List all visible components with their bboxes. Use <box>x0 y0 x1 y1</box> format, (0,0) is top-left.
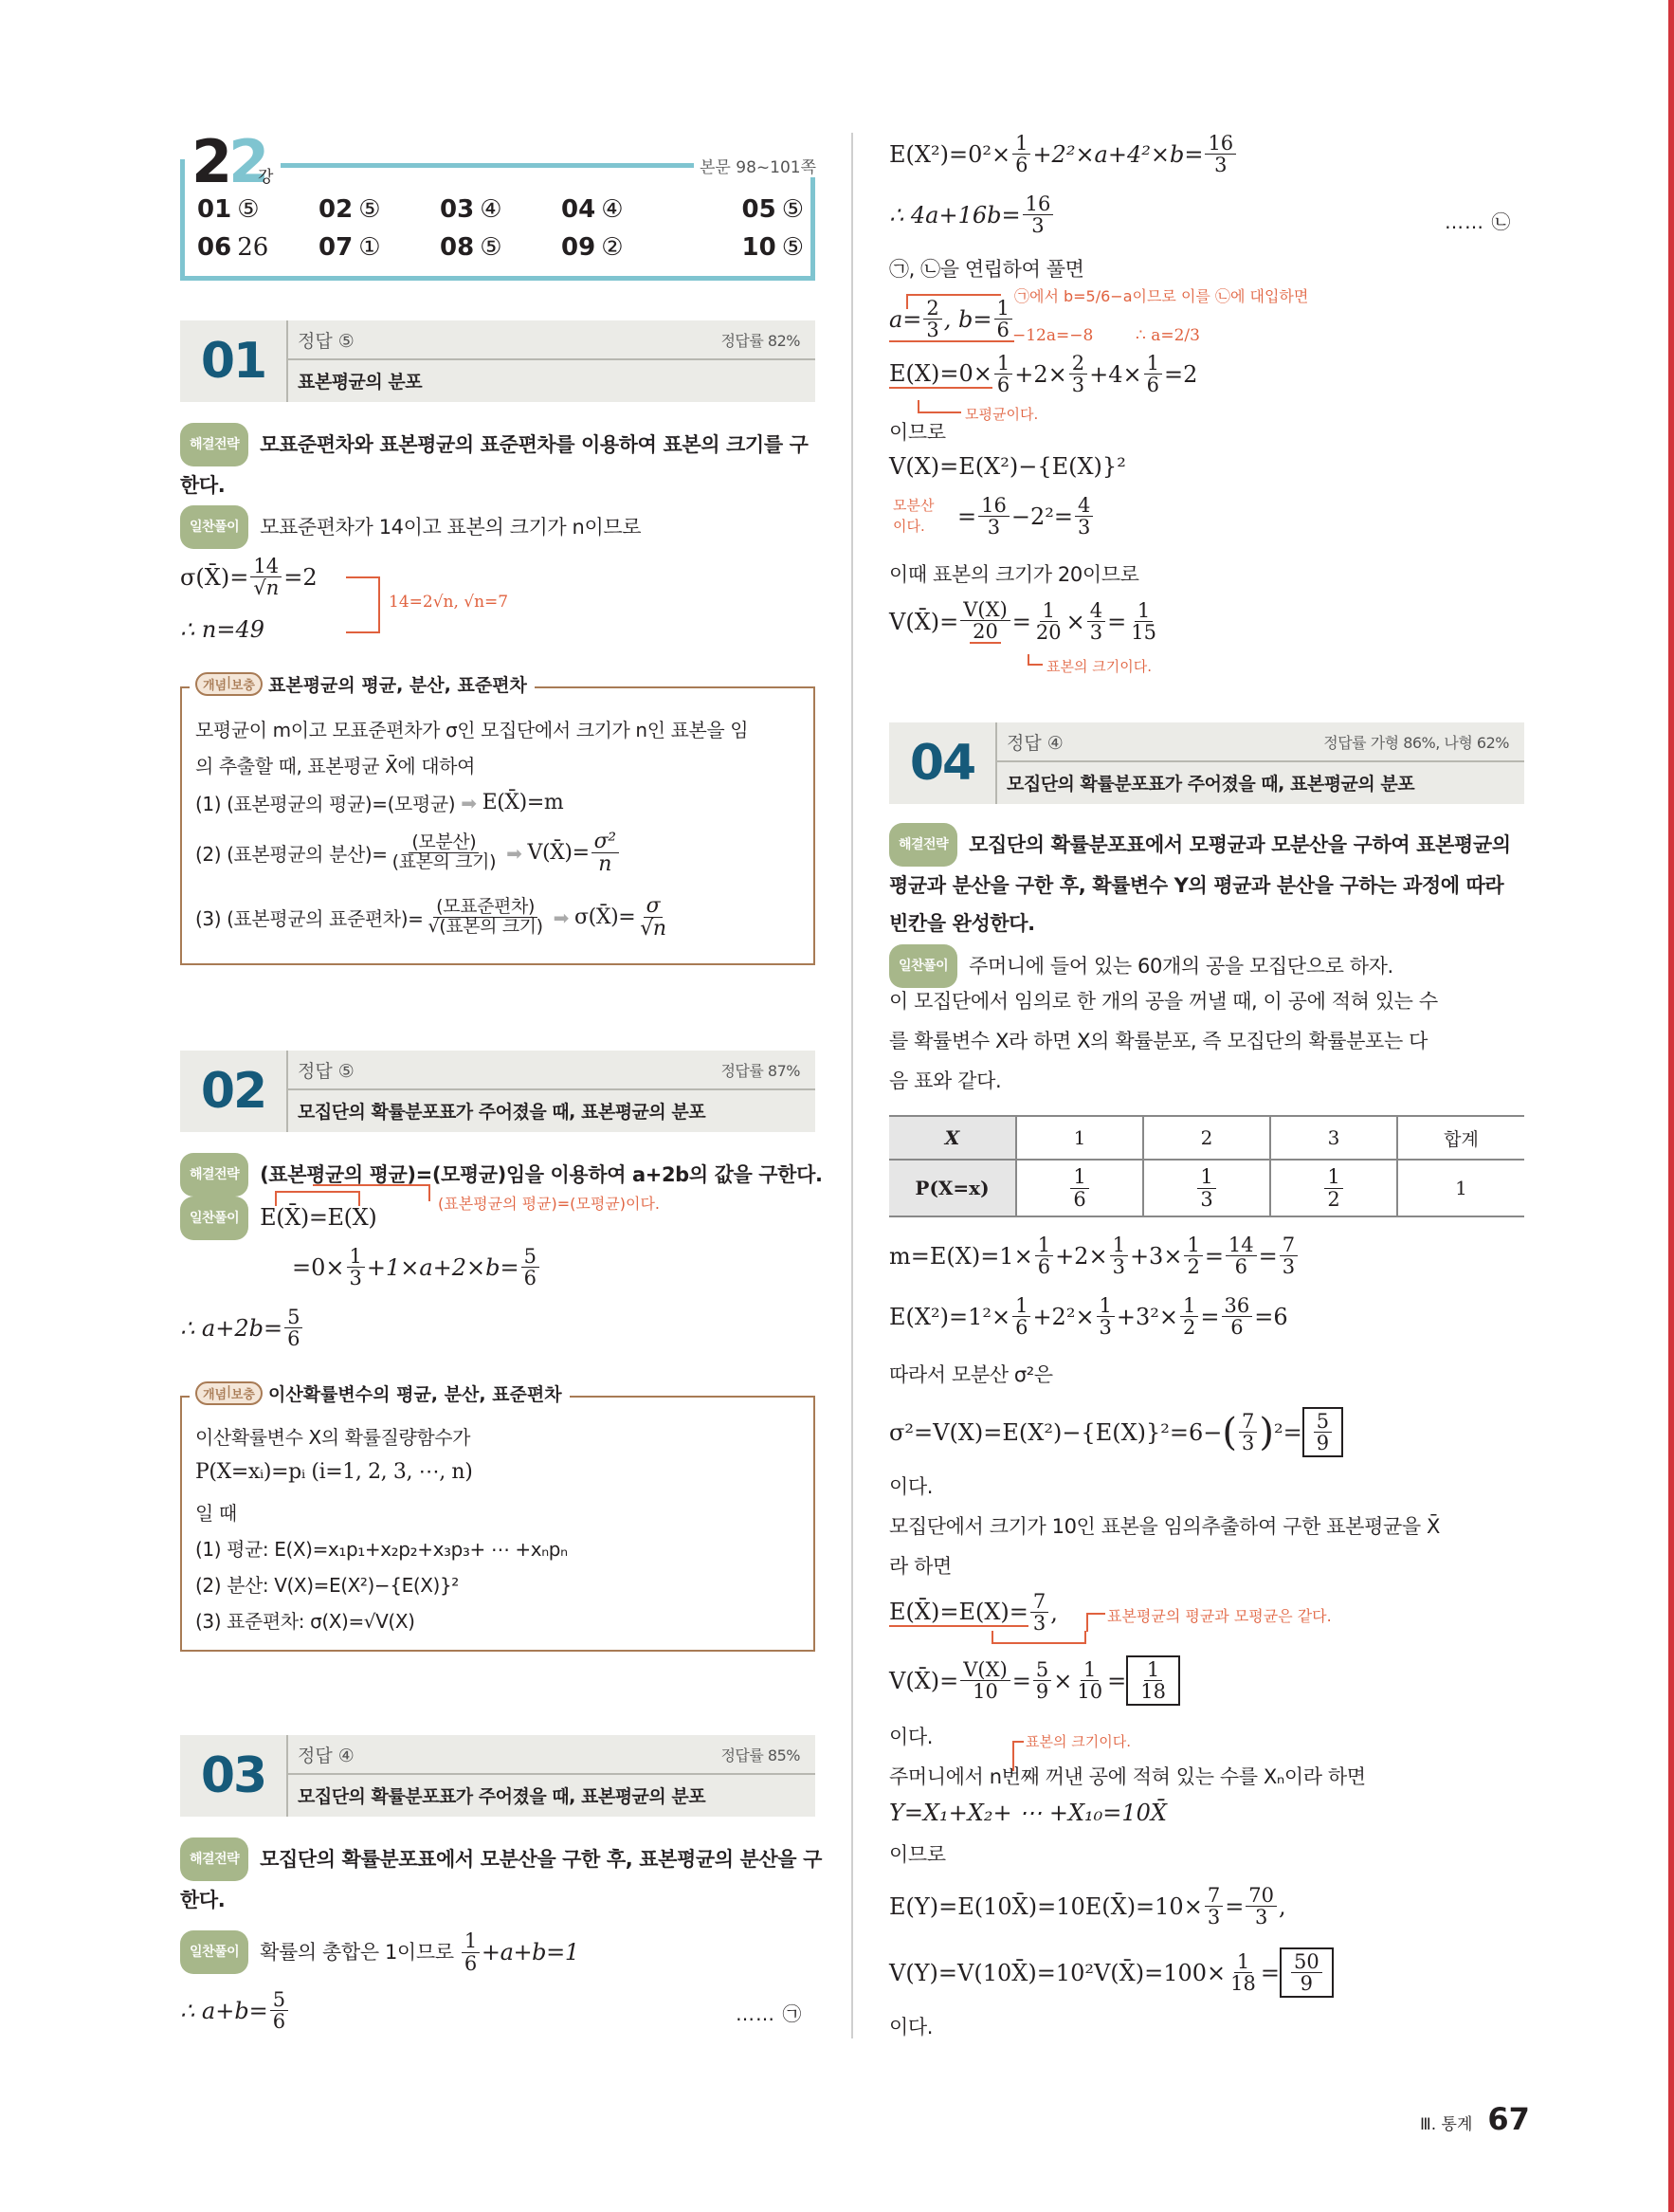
table-cell: 1 <box>1397 1160 1524 1216</box>
problem-number: 01 <box>180 320 288 402</box>
equation: E(X)=0×16+2×23+4×16=2 <box>889 353 1197 395</box>
chapter-number: 22 <box>191 133 265 192</box>
problem-topic: 모집단의 확률분포표가 주어졌을 때, 표본평균의 분포 <box>288 1775 815 1815</box>
strategy-badge: 해결전략 <box>889 823 957 867</box>
table-row-label: P(X=x) <box>889 1160 1016 1216</box>
problem-03-header: 03 정답 ④정답률 85% 모집단의 확률분포표가 주어졌을 때, 표본평균의… <box>180 1735 815 1817</box>
probability-distribution-table: X 1 2 3 합계 P(X=x) 16 13 12 1 <box>889 1115 1524 1217</box>
table-header-cell: 2 <box>1143 1116 1270 1160</box>
answer-item: 09② <box>561 233 682 262</box>
annotation-bracket <box>992 1631 1086 1644</box>
answer-item: 07① <box>318 233 440 262</box>
chapter-page-range: 본문 98~101쪽 <box>696 154 820 177</box>
answer-item: 08⑤ <box>440 233 561 262</box>
equation: a=23, b=16 <box>889 298 1014 342</box>
solution-text: 일찬풀이확률의 총합은 1이므로 16+a+b=1 <box>180 1930 579 1974</box>
equation: ∴ a+2b=56 <box>180 1307 304 1349</box>
solution-text: 모집단에서 크기가 10인 표본을 임의추출하여 구한 표본평균을 X̄ <box>889 1508 1440 1545</box>
table-cell: 12 <box>1270 1160 1397 1216</box>
solution-text: 이때 표본의 크기가 20이므로 <box>889 556 1139 594</box>
answer-blank-box: 509 <box>1280 1947 1334 1998</box>
strategy-badge: 해결전략 <box>180 1153 248 1197</box>
strategy-badge: 해결전략 <box>180 1837 248 1881</box>
solution-text: 따라서 모분산 σ²은 <box>889 1356 1053 1394</box>
answer-key-grid: 01⑤ 02⑤ 03④ 04④ 05⑤ 0626 07① 08⑤ 09② 10⑤ <box>197 195 804 262</box>
strategy-text: 해결전략모표준편차와 표본평균의 표준편차를 이용하여 표본의 크기를 구한다. <box>180 423 825 504</box>
annotation-note: 표본평균의 평균과 모평균은 같다. <box>1107 1604 1332 1626</box>
problem-topic: 모집단의 확률분포표가 주어졌을 때, 표본평균의 분포 <box>288 1090 815 1130</box>
answer-item: 0626 <box>197 233 318 262</box>
concept-line: (3) (표본평균의 표준편차)=(모표준편차)√(표본의 크기)➡σ(X̄)=… <box>195 895 671 940</box>
answer-label: 정답 ⑤ <box>298 1057 355 1083</box>
equation-marker: …… ㉡ <box>1445 207 1511 234</box>
chapter-box-top-line <box>281 163 694 168</box>
annotation-bracket <box>313 1184 430 1201</box>
equation: σ²=V(X)=E(X²)−{E(X)}²=6−(73)²=59 <box>889 1407 1343 1457</box>
annotation-bracket <box>1028 654 1043 666</box>
annotation-note: 모평균이다. <box>965 404 1038 424</box>
page-number: 67 <box>1487 2101 1530 2137</box>
correct-rate: 정답률 가형 86%, 나형 62% <box>1323 731 1509 753</box>
problem-02-header: 02 정답 ⑤정답률 87% 모집단의 확률분포표가 주어졌을 때, 표본평균의… <box>180 1051 815 1132</box>
correct-rate: 정답률 87% <box>720 1059 800 1081</box>
concept-line: (2) (표본평균의 분산)=(모분산)(표본의 크기)➡V(X̄)=σ²n <box>195 831 621 875</box>
equation: =163−2²=43 <box>957 495 1095 538</box>
answer-item: 02⑤ <box>318 195 440 224</box>
solution-text: 이므로 <box>889 413 946 451</box>
equation: ∴ a+b=56 <box>180 1989 290 2032</box>
solution-text: 이다. <box>889 1468 933 1506</box>
problem-topic: 표본평균의 분포 <box>288 360 815 400</box>
solution-text: 이다. <box>889 2008 933 2046</box>
solution-text: 를 확률변수 X라 하면 X의 확률분포, 즉 모집단의 확률분포는 다 <box>889 1022 1428 1060</box>
concept-line: 의 추출할 때, 표본평균 X̄에 대하여 <box>195 751 475 778</box>
page-edge-bar <box>1668 0 1674 2212</box>
equation: V(X̄)=V(X)20=120×43=115 <box>889 599 1161 644</box>
annotation-note: 표본의 크기이다. <box>1046 656 1152 676</box>
concept-badge: 개념|보충 <box>195 672 263 696</box>
strategy-badge: 해결전략 <box>180 423 248 466</box>
equation: =0×13+1×a+2×b=56 <box>292 1246 541 1289</box>
annotation-note: 표본의 크기이다. <box>1026 1731 1131 1751</box>
column-divider <box>851 133 853 2038</box>
equation: E(X̄)=E(X)=73, <box>889 1591 1058 1634</box>
equation: E(X²)=0²×16+2²×a+4²×b=163 <box>889 133 1238 175</box>
equation: E(X²)=1²×16+2²×13+3²×12=366=6 <box>889 1295 1288 1338</box>
concept-line: 일 때 <box>195 1498 237 1526</box>
concept-line: (3) 표준편차: σ(X)=√V(X) <box>195 1606 415 1634</box>
annotation-bracket <box>918 400 961 413</box>
strategy-text: 해결전략모집단의 확률분포표에서 모분산을 구한 후, 표본평균의 분산을 구한… <box>180 1837 825 1919</box>
table-header-cell: 3 <box>1270 1116 1397 1160</box>
section-label: Ⅲ. 통계 <box>1420 2111 1472 2134</box>
answer-item: 03④ <box>440 195 561 224</box>
table-cell: 13 <box>1143 1160 1270 1216</box>
concept-line: 이산확률변수 X의 확률질량함수가 <box>195 1422 470 1450</box>
concept-line: (2) 분산: V(X)=E(X²)−{E(X)}² <box>195 1570 459 1598</box>
problem-number: 03 <box>180 1735 288 1817</box>
problem-01-header: 01 정답 ⑤정답률 82% 표본평균의 분포 <box>180 320 815 402</box>
equation: V(Y)=V(10X̄)=10²V(X̄)=100×118=509 <box>889 1947 1334 1998</box>
problem-number: 02 <box>180 1051 288 1132</box>
annotation-note: (표본평균의 평균)=(모평균)이다. <box>438 1192 660 1214</box>
problem-number: 04 <box>889 722 997 804</box>
equation: ∴ 4a+16b=163 <box>889 193 1055 236</box>
correct-rate: 정답률 82% <box>720 329 800 351</box>
solution-text: 이다. <box>889 1718 933 1756</box>
solution-text: ㉠, ㉡을 연립하여 풀면 <box>889 250 1084 288</box>
solution-text: 일찬풀이모표준편차가 14이고 표본의 크기가 n이므로 <box>180 505 641 549</box>
annotation-note: 14=2√n, √n=7 <box>389 593 508 612</box>
concept-line: (1) 평균: E(X)=x₁p₁+x₂p₂+x₃p₃+ ⋯ +xₙpₙ <box>195 1534 568 1562</box>
strategy-text: 해결전략모집단의 확률분포표에서 모평균과 모분산을 구하여 표본평균의 평균과… <box>889 823 1526 942</box>
answer-label: 정답 ⑤ <box>298 327 355 353</box>
equation: Y=X₁+X₂+ ⋯ +X₁₀=10X̄ <box>889 1800 1167 1826</box>
solution-text: 음 표와 같다. <box>889 1062 1001 1100</box>
table-row: P(X=x) 16 13 12 1 <box>889 1160 1524 1216</box>
answer-item: 10⑤ <box>682 233 804 262</box>
solution-badge: 일찬풀이 <box>180 505 248 549</box>
table-header-cell: X <box>889 1116 1016 1160</box>
equation-marker: …… ㉠ <box>736 1999 802 2026</box>
answer-item: 05⑤ <box>682 195 804 224</box>
problem-04-header: 04 정답 ④정답률 가형 86%, 나형 62% 모집단의 확률분포표가 주어… <box>889 722 1524 804</box>
equation: m=E(X)=1×16+2×13+3×12=146=73 <box>889 1234 1300 1277</box>
chapter-unit-label: 강 <box>258 163 273 187</box>
concept-box-title: 개념|보충 표본평균의 평균, 분산, 표준편차 <box>190 671 535 697</box>
concept-line: P(X=xᵢ)=pᵢ (i=1, 2, 3, ⋯, n) <box>195 1460 472 1484</box>
equation: V(X̄)=V(X)10=59×110=118 <box>889 1655 1180 1706</box>
page-footer: Ⅲ. 통계 67 <box>1420 2101 1530 2137</box>
concept-box-title: 개념|보충 이산확률변수의 평균, 분산, 표준편차 <box>190 1380 570 1406</box>
table-header-row: X 1 2 3 합계 <box>889 1116 1524 1160</box>
answer-item: 01⑤ <box>197 195 318 224</box>
answer-label: 정답 ④ <box>298 1742 355 1767</box>
annotation-note: −12a=−8 <box>1012 326 1093 345</box>
problem-topic: 모집단의 확률분포표가 주어졌을 때, 표본평균의 분포 <box>997 762 1524 802</box>
arrow-right-icon: ➡ <box>554 906 569 929</box>
equation: V(X)=E(X²)−{E(X)}² <box>889 453 1126 480</box>
solution-text: 이 모집단에서 임의로 한 개의 공을 꺼낼 때, 이 공에 적혀 있는 수 <box>889 982 1438 1020</box>
annotation-note: ㉠에서 b=5/6−a이므로 이를 ㉡에 대입하면 <box>1014 284 1308 306</box>
equation: ∴ n=49 <box>180 616 264 643</box>
answer-blank-box: 118 <box>1126 1655 1180 1706</box>
answer-label: 정답 ④ <box>1007 729 1064 755</box>
answer-item: 04④ <box>561 195 682 224</box>
solution-text: 라 하면 <box>889 1547 952 1585</box>
answer-blank-box: 59 <box>1302 1407 1343 1457</box>
table-cell: 16 <box>1016 1160 1143 1216</box>
arrow-right-icon: ➡ <box>461 792 476 814</box>
solution-text: 주머니에서 n번째 꺼낸 공에 적혀 있는 수를 Xₙ이라 하면 <box>889 1758 1366 1796</box>
annotation-bracket <box>1086 1613 1105 1632</box>
concept-line: (1) (표본평균의 평균)=(모평균)➡E(X̄)=m <box>195 789 563 816</box>
table-header-cell: 합계 <box>1397 1116 1524 1160</box>
concept-badge: 개념|보충 <box>195 1381 263 1405</box>
annotation-note: ∴ a=2/3 <box>1136 326 1200 345</box>
equation: E(Y)=E(10X̄)=10E(X̄)=10×73=703, <box>889 1885 1286 1928</box>
correct-rate: 정답률 85% <box>720 1744 800 1765</box>
annotation-bracket <box>346 576 380 633</box>
solution-badge: 일찬풀이 <box>180 1930 248 1974</box>
equation: σ(X̄)= 14√n =2 <box>180 556 318 598</box>
arrow-right-icon: ➡ <box>506 842 521 865</box>
annotation-note: 모분산이다. <box>893 495 934 537</box>
solution-badge: 일찬풀이 <box>180 1197 248 1240</box>
solution-text: 이므로 <box>889 1836 946 1874</box>
concept-line: 모평균이 m이고 모표준편차가 σ인 모집단에서 크기가 n인 표본을 임 <box>195 715 748 742</box>
table-header-cell: 1 <box>1016 1116 1143 1160</box>
